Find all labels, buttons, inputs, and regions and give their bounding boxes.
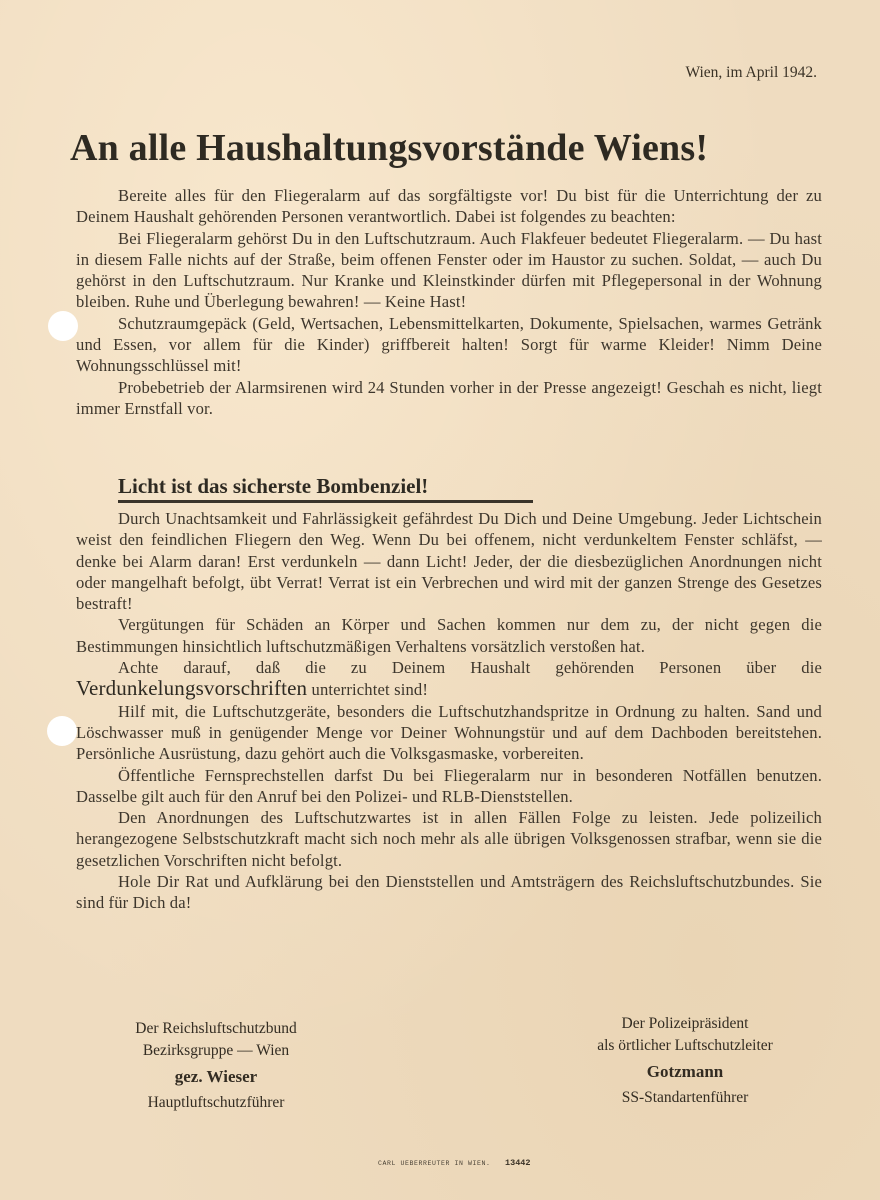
paragraph: Probebetrieb der Alarmsirenen wird 24 St… xyxy=(76,377,822,420)
signature-rank: SS-Standartenführer xyxy=(550,1087,820,1109)
leaflet-page: Wien, im April 1942. An alle Haushaltung… xyxy=(0,0,880,1200)
signature-unit: Bezirksgruppe — Wien xyxy=(96,1040,336,1062)
printer-imprint: CARL UEBERREUTER IN WIEN. xyxy=(378,1160,491,1167)
signature-name: gez. Wieser xyxy=(96,1062,336,1092)
paragraph: Öffentliche Fernsprechstellen darfst Du … xyxy=(76,765,822,808)
blackout-lead: Achte darauf, daß die zu Deinem Haushalt… xyxy=(118,658,822,677)
paragraph: Bereite alles für den Fliegeralarm auf d… xyxy=(76,185,822,228)
subheading: Licht ist das sicherste Bombenziel! xyxy=(118,474,428,499)
signature-org: Der Polizeipräsident xyxy=(550,1013,820,1035)
section-air-raid: Bereite alles für den Fliegeralarm auf d… xyxy=(76,185,822,419)
punch-hole-bottom xyxy=(47,716,77,746)
signature-org: Der Reichsluftschutzbund xyxy=(96,1018,336,1040)
paragraph: Den Anordnungen des Luftschutzwartes ist… xyxy=(76,807,822,871)
paragraph: Hilf mit, die Luftschutzgeräte, besonder… xyxy=(76,701,822,765)
paragraph: Durch Unachtsamkeit und Fahrlässigkeit g… xyxy=(76,508,822,614)
signature-block-left: Der Reichsluftschutzbund Bezirksgruppe —… xyxy=(96,1018,336,1114)
print-number: 13442 xyxy=(505,1158,531,1168)
section-light: Durch Unachtsamkeit und Fahrlässigkeit g… xyxy=(76,508,822,914)
dateline: Wien, im April 1942. xyxy=(685,64,817,82)
blackout-emphasis: Verdunkelungsvorschriften xyxy=(76,676,307,700)
signature-role: als örtlicher Luftschutzleiter xyxy=(550,1035,820,1057)
signature-name: Gotzmann xyxy=(550,1057,820,1087)
punch-hole-top xyxy=(48,311,78,341)
paragraph-blackout: Achte darauf, daß die zu Deinem Haushalt… xyxy=(76,657,822,701)
paragraph: Vergütungen für Schäden an Körper und Sa… xyxy=(76,614,822,657)
paragraph: Hole Dir Rat und Aufklärung bei den Dien… xyxy=(76,871,822,914)
paragraph: Schutzraumgepäck (Geld, Wertsachen, Lebe… xyxy=(76,313,822,377)
subheading-underline xyxy=(118,500,533,503)
paragraph: Bei Fliegeralarm gehörst Du in den Lufts… xyxy=(76,228,822,313)
signature-rank: Hauptluftschutzführer xyxy=(96,1092,336,1114)
page-title: An alle Haushaltungsvorstände Wiens! xyxy=(70,126,820,170)
signature-block-right: Der Polizeipräsident als örtlicher Lufts… xyxy=(550,1013,820,1109)
blackout-tail: unterrichtet sind! xyxy=(312,680,429,699)
